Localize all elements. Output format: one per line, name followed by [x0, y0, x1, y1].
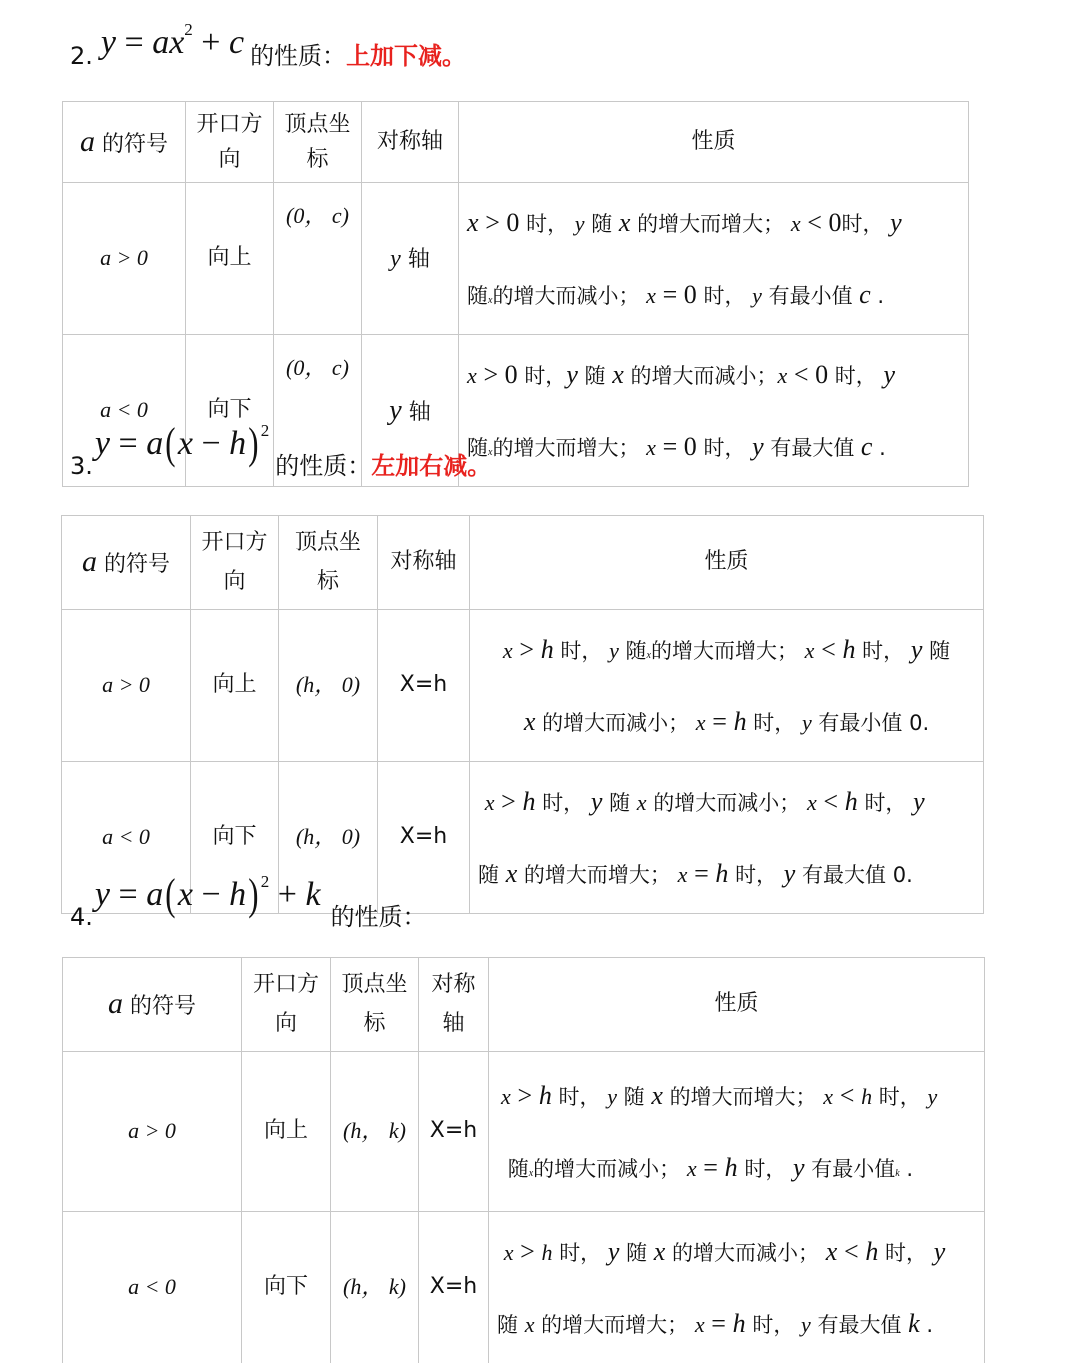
- section-number: 3.: [70, 454, 93, 480]
- table-row: a > 0 向上 (h， 0) X=h x > h 时， y 随x的增大而增大；…: [62, 610, 984, 762]
- cell-property: x > h 时， y 随x的增大而增大； x < h 时， y 随 x 的增大而…: [470, 610, 984, 762]
- section-2-heading: 2. y = ax2 + c 的性质： 上加下减。: [70, 36, 466, 70]
- cell-axis: X=h: [419, 1052, 489, 1212]
- table-header-row: a 的符号 开口方向 顶点坐标 对称轴 性质: [63, 102, 969, 183]
- section-number: 4.: [70, 905, 93, 931]
- cell-property: x > 0 时，y 随 x 的增大而减小；x < 0 时， y 随x的增大而增大…: [459, 335, 969, 487]
- cell-property: x > h 时， y 随 x 的增大而减小； x < h 时， y 随 x 的增…: [470, 762, 984, 914]
- table-row: a > 0 向上 (0， c) y 轴 x > 0 时， y 随 x 的增大而增…: [63, 183, 969, 335]
- header-axis: 对称轴: [419, 958, 489, 1052]
- section-3-heading: 3. y = a(x − h)2 的性质： 左加右减。: [70, 436, 491, 480]
- section-4-heading: 4. y = a(x − h)2 + k 的性质：: [70, 887, 427, 931]
- section-formula: y = ax2 + c: [101, 26, 244, 60]
- header-axis: 对称轴: [362, 102, 459, 183]
- cell-property: x > 0 时， y 随 x 的增大而增大； x < 0时， y 随x的增大而减…: [459, 183, 969, 335]
- cell-vertex: (0， c): [274, 183, 362, 335]
- section-label: 的性质：: [275, 454, 371, 480]
- header-vertex: 顶点坐标: [331, 958, 419, 1052]
- table-header-row: a 的符号 开口方向 顶点坐标 对称轴 性质: [62, 516, 984, 610]
- header-property: 性质: [489, 958, 985, 1052]
- cell-vertex: (h， 0): [279, 610, 378, 762]
- cell-vertex: (h， k): [331, 1212, 419, 1363]
- section-label: 的性质：: [250, 44, 346, 70]
- cell-direction: 向上: [242, 1052, 331, 1212]
- header-vertex: 顶点坐标: [274, 102, 362, 183]
- header-property: 性质: [459, 102, 969, 183]
- section-rule: 上加下减。: [346, 44, 466, 70]
- table-row: a < 0 向下 (h， k) X=h x > h 时， y 随 x 的增大而减…: [63, 1212, 985, 1363]
- cell-direction: 向下: [242, 1212, 331, 1363]
- cell-direction: 向上: [191, 610, 279, 762]
- section-3-table: a 的符号 开口方向 顶点坐标 对称轴 性质 a > 0 向上 (h， 0) X…: [61, 515, 984, 914]
- table-row: a > 0 向上 (h， k) X=h x > h 时， y 随 x 的增大而增…: [63, 1052, 985, 1212]
- cell-vertex: (h， k): [331, 1052, 419, 1212]
- cell-axis: X=h: [419, 1212, 489, 1363]
- header-direction: 开口方向: [186, 102, 274, 183]
- cell-property: x > h 时， y 随 x 的增大而增大； x < h 时， y 随x的增大而…: [489, 1052, 985, 1212]
- cell-axis: X=h: [378, 610, 470, 762]
- section-label: 的性质：: [331, 905, 427, 931]
- table-header-row: a 的符号 开口方向 顶点坐标 对称轴 性质: [63, 958, 985, 1052]
- header-axis: 对称轴: [378, 516, 470, 610]
- header-direction: 开口方向: [242, 958, 331, 1052]
- section-number: 2.: [70, 44, 93, 70]
- cell-axis: y 轴: [362, 183, 459, 335]
- section-formula: y = a(x − h)2: [95, 422, 269, 466]
- header-vertex: 顶点坐标: [279, 516, 378, 610]
- cell-direction: 向上: [186, 183, 274, 335]
- header-direction: 开口方向: [191, 516, 279, 610]
- cell-sign: a > 0: [62, 610, 191, 762]
- cell-property: x > h 时， y 随 x 的增大而减小； x < h 时， y 随 x 的增…: [489, 1212, 985, 1363]
- section-4-table: a 的符号 开口方向 顶点坐标 对称轴 性质 a > 0 向上 (h， k) X…: [62, 957, 985, 1363]
- header-a-sign: a 的符号: [62, 516, 191, 610]
- section-rule: 左加右减。: [371, 454, 491, 480]
- cell-sign: a > 0: [63, 183, 186, 335]
- cell-sign: a > 0: [63, 1052, 242, 1212]
- header-property: 性质: [470, 516, 984, 610]
- header-a-sign: a 的符号: [63, 958, 242, 1052]
- section-formula: y = a(x − h)2 + k: [95, 873, 321, 917]
- cell-sign: a < 0: [63, 1212, 242, 1363]
- header-a-sign: a 的符号: [63, 102, 186, 183]
